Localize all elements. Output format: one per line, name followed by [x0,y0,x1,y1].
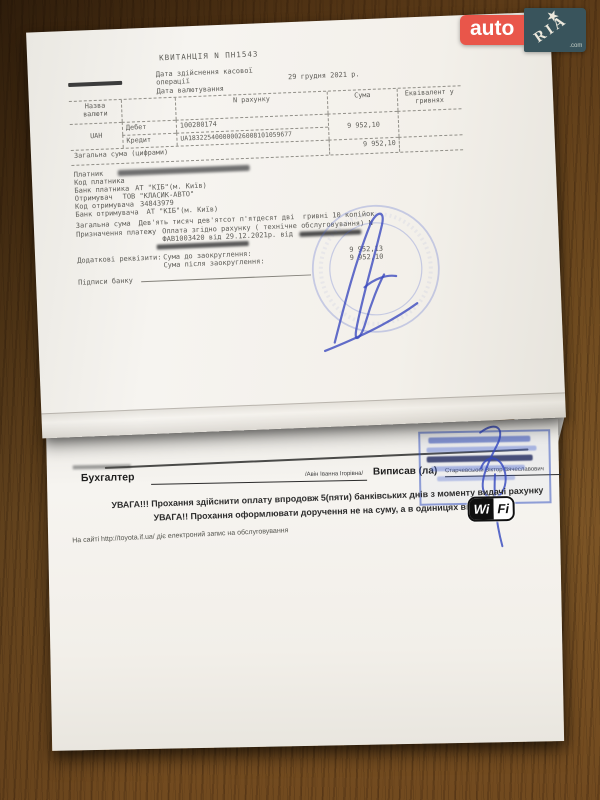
payer-row: Платник [74,164,250,179]
accountant-label: Бухгалтер [81,471,135,484]
invoice-footer-page: Бухгалтер /Авін Іванна Ігорівна/ Виписав… [46,419,564,751]
recipient-bank-value: АТ "КІБ"(м. Київ) [146,205,218,216]
cell-total-equivalent [399,134,464,152]
autoria-logo-ria-block: ★ RIA .com [524,8,586,52]
redacted-payer-name [117,165,249,176]
accountant-signature-line [151,480,367,485]
col-header-equivalent: Еквівалент у гривнях [397,86,462,111]
bank-signature-line [141,267,311,282]
photo-of-receipt-on-wooden-table: Бухгалтер /Авін Іванна Ігорівна/ Виписав… [0,0,600,800]
operation-date-value: 29 грудня 2021 р. [288,70,360,81]
cell-currency: UAH [70,122,123,150]
col-header-currency: Назва валюти [69,100,122,124]
stamp-text-line [427,455,533,463]
autoria-watermark-logo: auto ★ RIA .com [460,8,586,52]
wifi-logo: Wi Fi [467,496,515,522]
autoria-logo-com: .com [569,43,582,49]
operation-date-label-2: операції [156,77,190,86]
autoria-logo-auto: auto [460,15,524,45]
bank-signatures-row: Підписи банку [78,267,311,286]
stamp-text-line [437,475,515,481]
autoria-logo-ria: RIA [532,12,572,47]
extra-label: Додаткові реквізити: [77,253,162,264]
round-bank-stamp [285,183,468,360]
amounts-table: Назва валюти N рахунку Сума Еквівалент у… [69,85,463,166]
cell-amount: 9 952,10 [328,111,399,140]
accountant-name: /Авін Іванна Ігорівна/ [305,471,363,478]
stamp-text-line [426,446,536,453]
receipt-page: КВИТАНЦІЯ N ПН1543 Дата здійснення касов… [26,12,566,439]
redacted-mark [68,81,122,87]
wifi-logo-fi: Fi [493,498,513,519]
value-date-label: Дата валютування [156,85,224,96]
col-header-blank [121,98,176,122]
operation-date-label-1: Дата здійснення касової [156,67,253,79]
bank-signatures-label: Підписи банку [78,277,133,287]
cell-equivalent [398,108,463,137]
wifi-logo-wi: Wi [469,498,493,519]
redacted-purpose-1 [299,229,361,236]
receipt-title: КВИТАНЦІЯ N ПН1543 [159,50,259,62]
website-note: На сайті http://toyota.if.ua/ діє електр… [72,527,288,544]
col-header-amount: Сума [327,89,398,114]
recipient-bank-label: Банк отримувача [75,208,138,219]
cell-total-value: 9 952,10 [329,137,400,155]
sum-after-value: 9 952,10 [327,253,383,263]
stamp-text-line [428,436,530,444]
stamp-text-line [431,465,525,472]
